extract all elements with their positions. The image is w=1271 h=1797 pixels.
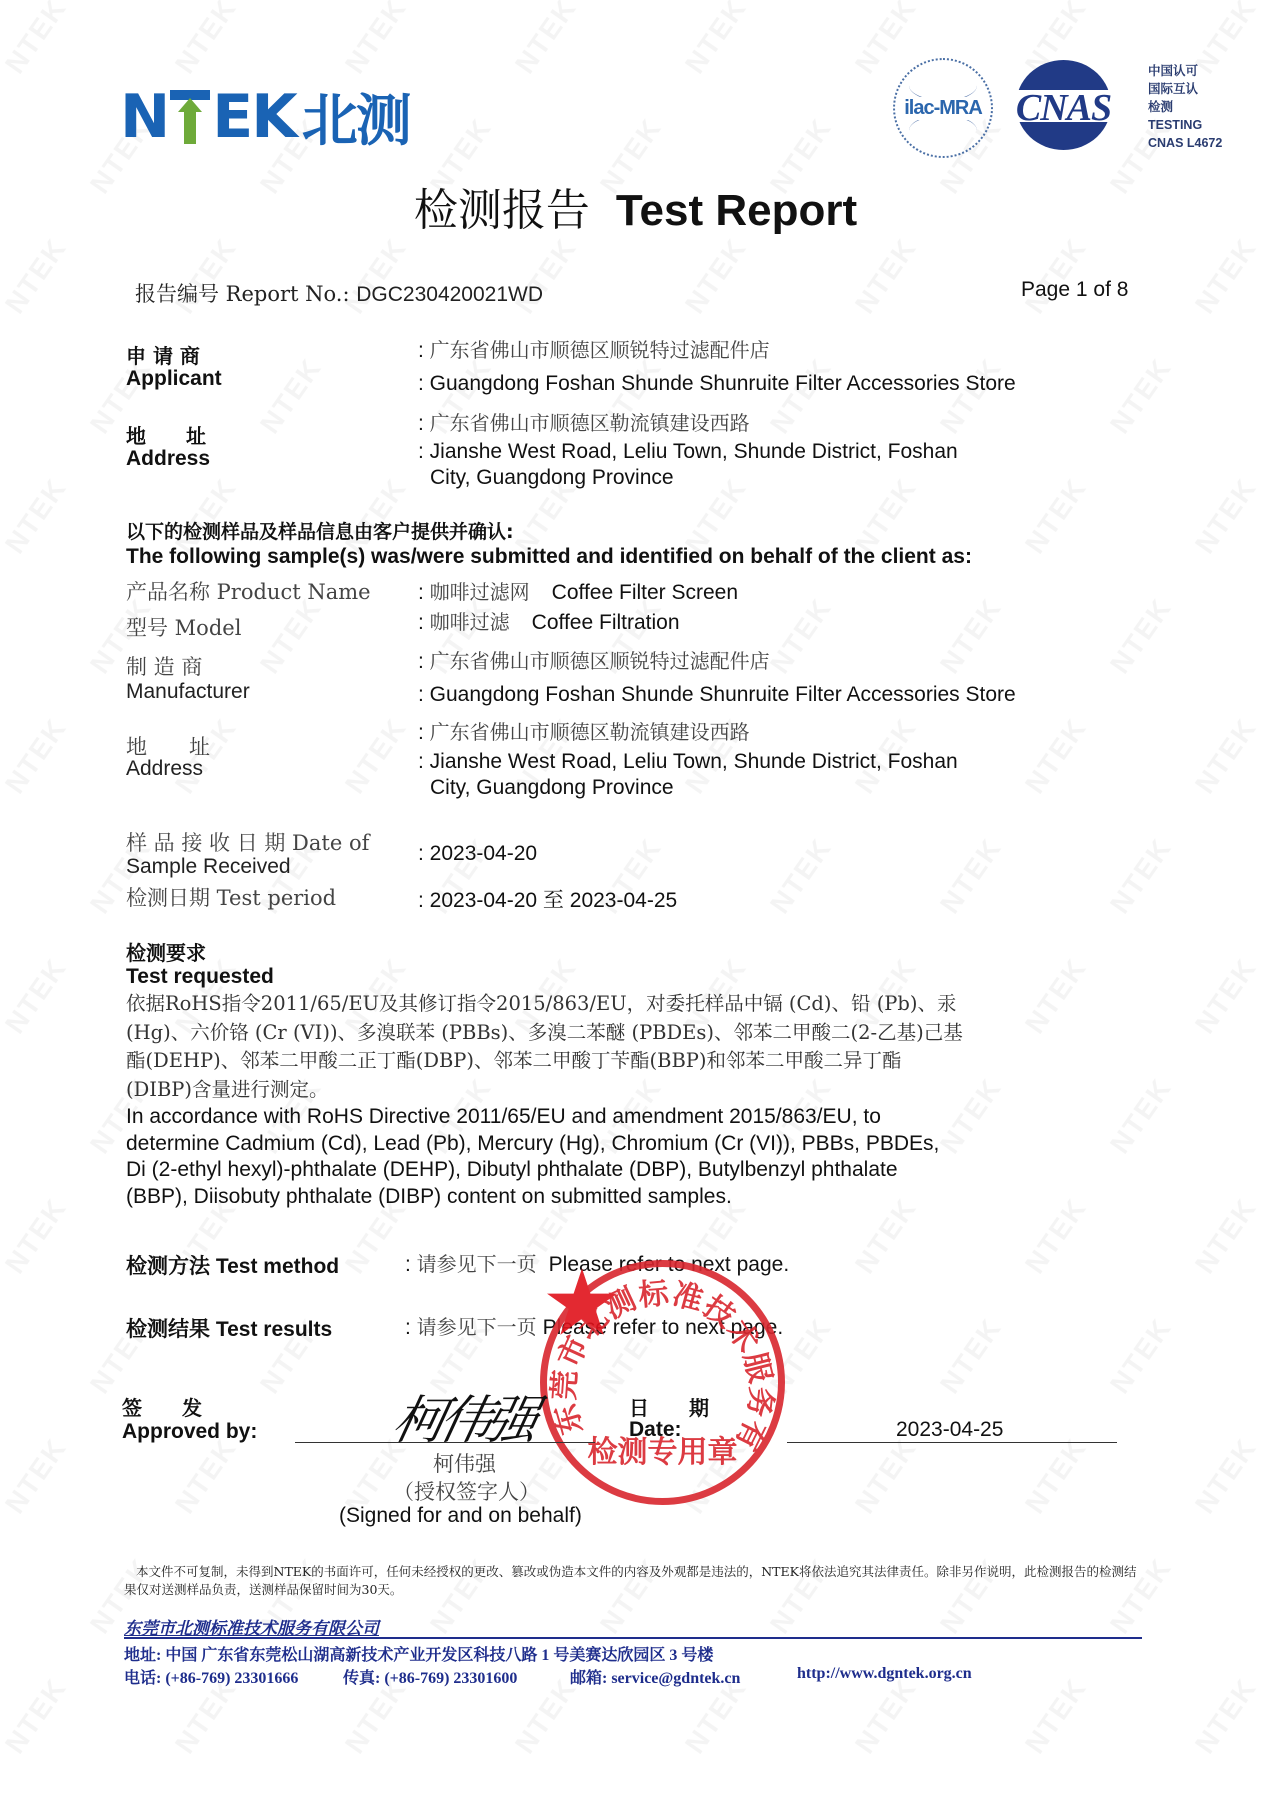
watermark-text: NTEK xyxy=(764,832,839,919)
watermark-text: NTEK xyxy=(0,1432,74,1519)
footer-company-name: 东莞市北测标准技术服务有限公司 xyxy=(124,1614,379,1639)
watermark-text: NTEK xyxy=(1019,232,1094,319)
applicant-value-cn: : 广东省佛山市顺德区顺锐特过滤配件店 xyxy=(418,334,770,363)
date-received-label-line1: 样 品 接 收 日 期 Date of xyxy=(126,827,369,857)
watermark-text: NTEK xyxy=(1189,1672,1264,1759)
watermark-text: NTEK xyxy=(1189,952,1264,1039)
footer-fax: 传真: (+86-769) 23301600 xyxy=(343,1665,517,1688)
product-name-label: 产品名称 Product Name xyxy=(126,576,371,606)
watermark-text: NTEK xyxy=(0,712,74,799)
signer-note: (Signed for and on behalf) xyxy=(339,1504,582,1528)
watermark-text: NTEK xyxy=(1019,712,1094,799)
watermark-text: NTEK xyxy=(169,1432,244,1519)
watermark-text: NTEK xyxy=(0,1672,74,1759)
watermark-text: NTEK xyxy=(934,352,1009,439)
applicant-address-label-en: Address xyxy=(126,447,210,471)
watermark-text: NTEK xyxy=(1019,472,1094,559)
watermark-text: NTEK xyxy=(849,1672,924,1759)
footer-address: 地址: 中国 广东省东莞松山湖高新技术产业开发区科技八路 1 号美赛达欣园区 3… xyxy=(124,1642,713,1665)
page-title: 检测报告Test Report xyxy=(0,183,1271,239)
watermark-text: NTEK xyxy=(1189,712,1264,799)
applicant-label-en: Applicant xyxy=(126,367,222,391)
watermark-text: NTEK xyxy=(0,1192,74,1279)
watermark-text: NTEK xyxy=(0,232,74,319)
manufacturer-address-value-en-line2: City, Guangdong Province xyxy=(430,776,674,800)
footer-phone: 电话: (+86-769) 23301666 xyxy=(124,1665,298,1688)
test-method-label: 检测方法 Test method xyxy=(126,1250,339,1280)
ntek-logo: N EK 北测 xyxy=(120,88,410,146)
logo-arrow-icon xyxy=(170,90,210,144)
watermark-text: NTEK xyxy=(0,0,74,80)
ilac-mra-logo-icon: ilac-MRA xyxy=(893,58,993,158)
watermark-text: NTEK xyxy=(1104,1072,1179,1159)
model-value: : 咖啡过滤Coffee Filtration xyxy=(418,606,680,635)
logo-letters-ek: EK xyxy=(212,87,295,147)
watermark-text: NTEK xyxy=(934,832,1009,919)
test-period-value: : 2023-04-20 至 2023-04-25 xyxy=(418,884,677,914)
watermark-text: NTEK xyxy=(339,712,414,799)
watermark-text: NTEK xyxy=(1189,1192,1264,1279)
approval-date-value: 2023-04-25 xyxy=(896,1418,1003,1442)
watermark-text: NTEK xyxy=(679,232,754,319)
date-line xyxy=(787,1442,1117,1443)
footer-divider xyxy=(124,1637,1142,1639)
applicant-address-value-en-line2: City, Guangdong Province xyxy=(430,466,674,490)
model-label: 型号 Model xyxy=(126,612,241,642)
footer-website-link[interactable]: http://www.dgntek.org.cn xyxy=(797,1665,972,1683)
watermark-text: NTEK xyxy=(509,0,584,80)
watermark-text: NTEK xyxy=(934,592,1009,679)
watermark-text: NTEK xyxy=(1189,1432,1264,1519)
watermark-text: NTEK xyxy=(0,952,74,1039)
manufacturer-value-en: : Guangdong Foshan Shunde Shunruite Filt… xyxy=(418,683,1016,707)
watermark-text: NTEK xyxy=(764,352,839,439)
watermark-text: NTEK xyxy=(1189,232,1264,319)
test-requested-body-cn: 依据RoHS指令2011/65/EU及其修订指令2015/863/EU，对委托样… xyxy=(126,990,966,1104)
watermark-text: NTEK xyxy=(1019,1192,1094,1279)
watermark-text: NTEK xyxy=(254,352,329,439)
applicant-label-cn: 申 请 商 xyxy=(126,340,200,369)
watermark-text: NTEK xyxy=(934,1312,1009,1399)
watermark-text: NTEK xyxy=(1104,832,1179,919)
sample-intro-cn: 以下的检测样品及样品信息由客户提供并确认: xyxy=(126,517,514,544)
cnas-caption: 中国认可 国际互认 检测 TESTING CNAS L4672 xyxy=(1148,62,1222,152)
test-requested-heading-en: Test requested xyxy=(126,965,274,989)
manufacturer-address-label-en: Address xyxy=(126,757,203,781)
applicant-address-label-cn: 地 址 xyxy=(126,420,206,449)
watermark-text: NTEK xyxy=(1104,352,1179,439)
logo-letter-n: N xyxy=(120,87,168,147)
signature-line xyxy=(295,1442,595,1443)
sample-intro-en: The following sample(s) was/were submitt… xyxy=(126,545,972,569)
watermark-text: NTEK xyxy=(764,592,839,679)
test-requested-heading-cn: 检测要求 xyxy=(126,937,206,966)
manufacturer-address-value-cn: : 广东省佛山市顺德区勒流镇建设西路 xyxy=(418,716,750,745)
report-number: 报告编号 Report No.: DGC230420021WD xyxy=(135,278,543,308)
applicant-address-value-cn: : 广东省佛山市顺德区勒流镇建设西路 xyxy=(418,407,750,436)
watermark-text: NTEK xyxy=(679,0,754,80)
watermark-text: NTEK xyxy=(849,232,924,319)
watermark-text: NTEK xyxy=(849,1432,924,1519)
page-number: Page 1 of 8 xyxy=(1021,278,1128,302)
watermark-text: NTEK xyxy=(0,472,74,559)
manufacturer-address-value-en-line1: : Jianshe West Road, Leliu Town, Shunde … xyxy=(418,750,958,774)
cnas-logo-icon: CNAS xyxy=(1006,60,1121,150)
watermark-text: NTEK xyxy=(169,0,244,80)
date-received-label-line2: Sample Received xyxy=(126,855,291,879)
signer-name: 柯伟强 xyxy=(433,1448,496,1478)
signer-role: （授权签字人） xyxy=(393,1476,540,1506)
legal-disclaimer: 本文件不可复制，未得到NTEK的书面许可，任何未经授权的更改、篡改或伪造本文件的… xyxy=(124,1563,1144,1599)
watermark-text: NTEK xyxy=(1189,472,1264,559)
watermark-text: NTEK xyxy=(1019,1672,1094,1759)
applicant-address-value-en-line1: : Jianshe West Road, Leliu Town, Shunde … xyxy=(418,440,958,464)
applicant-value-en: : Guangdong Foshan Shunde Shunruite Filt… xyxy=(418,372,1016,396)
star-icon xyxy=(547,1267,617,1337)
official-seal-stamp: 东莞市北测标准技术服务有限公司 检测专用章 xyxy=(540,1260,785,1505)
product-name-value: : 咖啡过滤网Coffee Filter Screen xyxy=(418,576,738,605)
manufacturer-label-cn: 制 造 商 xyxy=(126,651,202,681)
watermark-text: NTEK xyxy=(1104,592,1179,679)
date-received-value: : 2023-04-20 xyxy=(418,842,537,866)
date-label-cn: 日 期 xyxy=(629,1392,709,1421)
date-label-en: Date: xyxy=(629,1418,682,1442)
test-requested-body-en: In accordance with RoHS Directive 2011/6… xyxy=(126,1104,956,1210)
test-period-label: 检测日期 Test period xyxy=(126,882,336,912)
manufacturer-label-en: Manufacturer xyxy=(126,680,250,704)
approved-by-label-en: Approved by: xyxy=(122,1420,257,1444)
test-results-label: 检测结果 Test results xyxy=(126,1313,332,1343)
watermark-text: NTEK xyxy=(1104,1312,1179,1399)
footer-email[interactable]: 邮箱: service@gdntek.cn xyxy=(570,1665,740,1688)
logo-cn-text: 北测 xyxy=(302,77,410,157)
manufacturer-value-cn: : 广东省佛山市顺德区顺锐特过滤配件店 xyxy=(418,645,770,674)
watermark-text: NTEK xyxy=(339,0,414,80)
approved-by-label-cn: 签 发 xyxy=(122,1392,202,1421)
watermark-text: NTEK xyxy=(1019,1432,1094,1519)
watermark-text: NTEK xyxy=(1019,952,1094,1039)
